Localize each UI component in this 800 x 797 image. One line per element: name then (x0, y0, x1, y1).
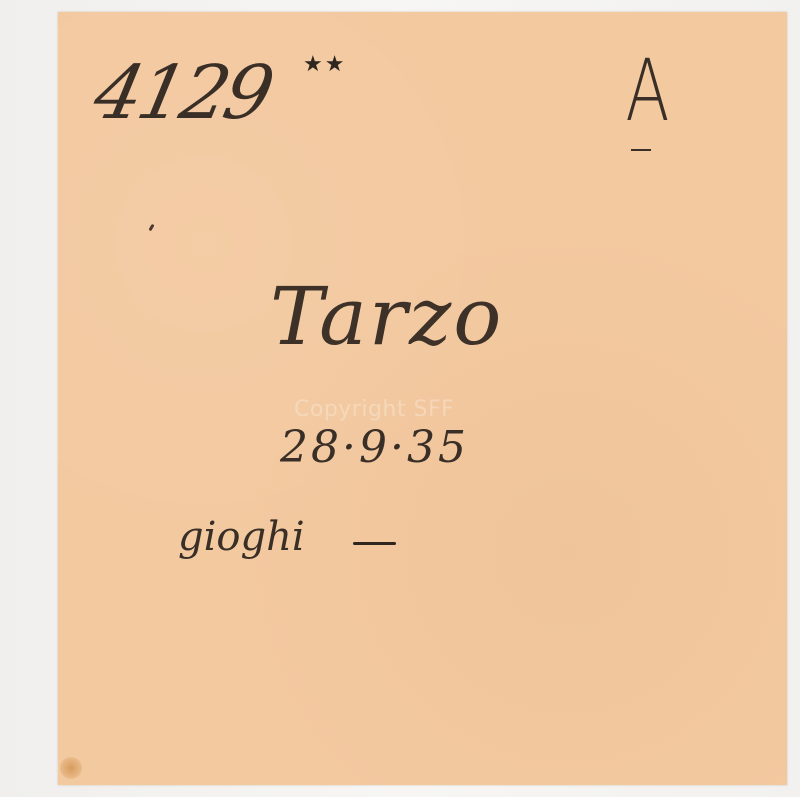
series-letter-underline (631, 149, 651, 151)
series-letter: A (625, 48, 669, 134)
note-underline-stroke (353, 542, 396, 545)
ink-dot (148, 224, 154, 232)
archive-card: 4129 ★★ A Tarzo Copyright SFF 28·9·35 gi… (58, 12, 787, 785)
scan-background: 4129 ★★ A Tarzo Copyright SFF 28·9·35 gi… (0, 0, 800, 797)
stain-mark (60, 757, 82, 779)
catalog-number: 4129 (88, 56, 276, 130)
place-name: Tarzo (270, 277, 503, 357)
copyright-watermark: Copyright SFF (294, 397, 454, 422)
star-icons: ★★ (303, 54, 346, 76)
date-text: 28·9·35 (280, 426, 469, 470)
note-text: gioghi (178, 517, 305, 557)
